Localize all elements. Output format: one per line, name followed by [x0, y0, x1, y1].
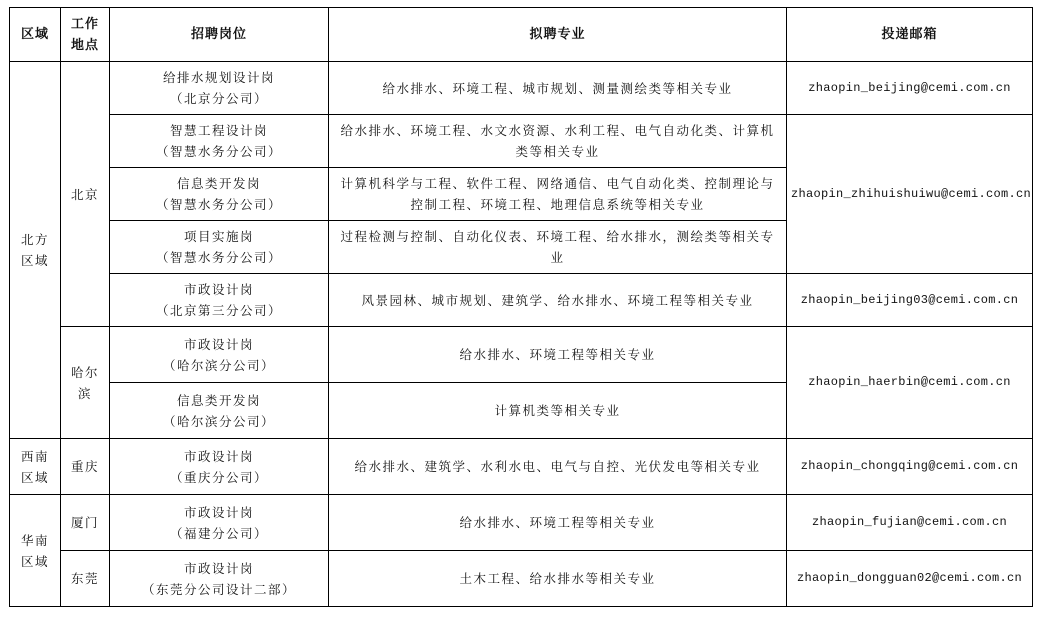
major-cell: 计算机类等相关专业: [329, 383, 787, 439]
location-dongguan: 东莞: [61, 551, 110, 607]
position-branch: （重庆分公司）: [114, 467, 324, 488]
position-cell: 信息类开发岗 （智慧水务分公司）: [110, 168, 329, 221]
major-cell: 给水排水、环境工程、水文水资源、水利工程、电气自动化类、计算机类等相关专业: [329, 115, 787, 168]
region-south-line2: 区域: [14, 551, 56, 572]
email-dongguan02: zhaopin_dongguan02@cemi.com.cn: [787, 551, 1033, 607]
position-cell: 智慧工程设计岗 （智慧水务分公司）: [110, 115, 329, 168]
position-cell: 市政设计岗 （北京第三分公司）: [110, 274, 329, 327]
position-branch: （智慧水务分公司）: [114, 141, 324, 162]
table-row: 北方 区域 北京 给排水规划设计岗 （北京分公司） 给水排水、环境工程、城市规划…: [10, 62, 1033, 115]
position-cell: 市政设计岗 （哈尔滨分公司）: [110, 327, 329, 383]
table-row: 智慧工程设计岗 （智慧水务分公司） 给水排水、环境工程、水文水资源、水利工程、电…: [10, 115, 1033, 168]
position-branch: （智慧水务分公司）: [114, 247, 324, 268]
location-harbin-line2: 滨: [65, 383, 105, 404]
table-row: 东莞 市政设计岗 （东莞分公司设计二部） 土木工程、给水排水等相关专业 zhao…: [10, 551, 1033, 607]
recruitment-table: 区域 工作 地点 招聘岗位 拟聘专业 投递邮箱 北方 区域 北京 给排水规划设计…: [9, 7, 1033, 607]
header-location-line2: 地点: [65, 35, 105, 56]
header-region: 区域: [10, 8, 61, 62]
major-cell: 给水排水、环境工程、城市规划、测量测绘类等相关专业: [329, 62, 787, 115]
position-title: 智慧工程设计岗: [114, 120, 324, 141]
table-row: 哈尔 滨 市政设计岗 （哈尔滨分公司） 给水排水、环境工程等相关专业 zhaop…: [10, 327, 1033, 383]
header-location: 工作 地点: [61, 8, 110, 62]
position-cell: 给排水规划设计岗 （北京分公司）: [110, 62, 329, 115]
email-chongqing: zhaopin_chongqing@cemi.com.cn: [787, 439, 1033, 495]
position-branch: （哈尔滨分公司）: [114, 411, 324, 432]
position-title: 市政设计岗: [114, 502, 324, 523]
major-cell: 风景园林、城市规划、建筑学、给水排水、环境工程等相关专业: [329, 274, 787, 327]
position-branch: （东莞分公司设计二部）: [114, 579, 324, 600]
major-cell: 计算机科学与工程、软件工程、网络通信、电气自动化类、控制理论与控制工程、环境工程…: [329, 168, 787, 221]
email-haerbin: zhaopin_haerbin@cemi.com.cn: [787, 327, 1033, 439]
major-cell: 土木工程、给水排水等相关专业: [329, 551, 787, 607]
position-branch: （智慧水务分公司）: [114, 194, 324, 215]
position-cell: 市政设计岗 （重庆分公司）: [110, 439, 329, 495]
email-beijing03: zhaopin_beijing03@cemi.com.cn: [787, 274, 1033, 327]
header-position: 招聘岗位: [110, 8, 329, 62]
position-cell: 市政设计岗 （东莞分公司设计二部）: [110, 551, 329, 607]
location-harbin-line1: 哈尔: [65, 362, 105, 383]
location-harbin: 哈尔 滨: [61, 327, 110, 439]
email-fujian: zhaopin_fujian@cemi.com.cn: [787, 495, 1033, 551]
location-chongqing: 重庆: [61, 439, 110, 495]
major-cell: 给水排水、建筑学、水利水电、电气与自控、光伏发电等相关专业: [329, 439, 787, 495]
table-row: 市政设计岗 （北京第三分公司） 风景园林、城市规划、建筑学、给水排水、环境工程等…: [10, 274, 1033, 327]
position-cell: 信息类开发岗 （哈尔滨分公司）: [110, 383, 329, 439]
header-location-line1: 工作: [65, 14, 105, 35]
position-title: 市政设计岗: [114, 446, 324, 467]
region-southwest: 西南 区域: [10, 439, 61, 495]
table-row: 华南 区域 厦门 市政设计岗 （福建分公司） 给水排水、环境工程等相关专业 zh…: [10, 495, 1033, 551]
position-branch: （哈尔滨分公司）: [114, 355, 324, 376]
region-north: 北方 区域: [10, 62, 61, 439]
header-major: 拟聘专业: [329, 8, 787, 62]
region-south-line1: 华南: [14, 530, 56, 551]
position-cell: 市政设计岗 （福建分公司）: [110, 495, 329, 551]
position-title: 信息类开发岗: [114, 173, 324, 194]
region-north-line2: 区域: [14, 250, 56, 271]
table-row: 西南 区域 重庆 市政设计岗 （重庆分公司） 给水排水、建筑学、水利水电、电气与…: [10, 439, 1033, 495]
region-southwest-line1: 西南: [14, 446, 56, 467]
major-cell: 给水排水、环境工程等相关专业: [329, 327, 787, 383]
header-row: 区域 工作 地点 招聘岗位 拟聘专业 投递邮箱: [10, 8, 1033, 62]
position-branch: （北京第三分公司）: [114, 300, 324, 321]
location-xiamen: 厦门: [61, 495, 110, 551]
position-title: 信息类开发岗: [114, 390, 324, 411]
position-title: 市政设计岗: [114, 334, 324, 355]
region-southwest-line2: 区域: [14, 467, 56, 488]
header-email: 投递邮箱: [787, 8, 1033, 62]
location-beijing: 北京: [61, 62, 110, 327]
email-beijing: zhaopin_beijing@cemi.com.cn: [787, 62, 1033, 115]
position-branch: （福建分公司）: [114, 523, 324, 544]
position-branch: （北京分公司）: [114, 88, 324, 109]
major-cell: 给水排水、环境工程等相关专业: [329, 495, 787, 551]
position-title: 给排水规划设计岗: [114, 67, 324, 88]
region-north-line1: 北方: [14, 229, 56, 250]
position-title: 项目实施岗: [114, 226, 324, 247]
position-title: 市政设计岗: [114, 279, 324, 300]
major-cell: 过程检测与控制、自动化仪表、环境工程、给水排水，测绘类等相关专业: [329, 221, 787, 274]
position-cell: 项目实施岗 （智慧水务分公司）: [110, 221, 329, 274]
region-south: 华南 区域: [10, 495, 61, 607]
email-zhihuishuiwu: zhaopin_zhihuishuiwu@cemi.com.cn: [787, 115, 1033, 274]
position-title: 市政设计岗: [114, 558, 324, 579]
